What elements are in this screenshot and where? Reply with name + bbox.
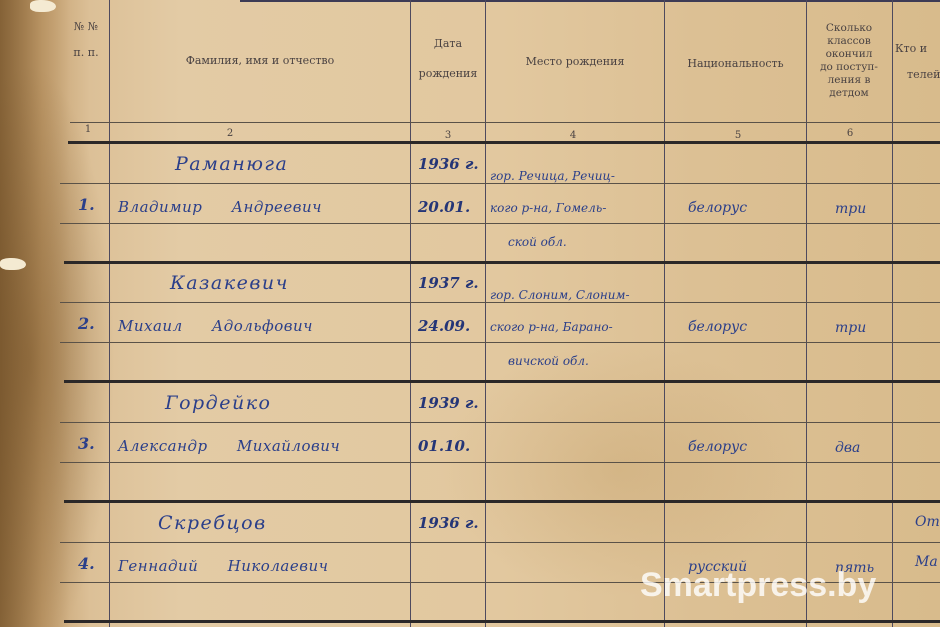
row-subline bbox=[60, 542, 940, 543]
record-birthplace-line: кого р-на, Гомель- bbox=[490, 201, 606, 215]
column-number: 4 bbox=[563, 130, 583, 141]
record-number: 2. bbox=[78, 314, 95, 333]
header-classes-line: до поступ- bbox=[806, 61, 892, 74]
row-subline bbox=[60, 183, 940, 184]
row-separator bbox=[64, 620, 940, 623]
record-birthplace-line: ского р-на, Барано- bbox=[490, 320, 613, 334]
col-divider bbox=[892, 0, 893, 627]
header-birthplace: Место рождения bbox=[486, 55, 664, 69]
record-classes: три bbox=[835, 320, 866, 336]
header-dob-line2: рождения bbox=[411, 67, 485, 81]
column-number: 1 bbox=[78, 124, 98, 135]
record-nationality: белорус bbox=[688, 200, 747, 216]
column-number: 5 bbox=[728, 130, 748, 141]
row-subline bbox=[60, 422, 940, 423]
header-who-line1: Кто и bbox=[895, 42, 940, 56]
record-who: Ма bbox=[915, 554, 938, 570]
header-nationality: Национальность bbox=[665, 57, 806, 71]
record-who: От bbox=[915, 514, 940, 530]
record-given-names: Александр Михайлович bbox=[118, 437, 340, 455]
record-birthplace-line: гор. Речица, Речиц- bbox=[490, 169, 615, 183]
header-no-line1: № № bbox=[64, 20, 108, 34]
record-birth-year: 1936 г. bbox=[418, 155, 479, 173]
top-edge-line bbox=[240, 0, 940, 2]
record-birthplace-line: ской обл. bbox=[508, 235, 567, 249]
col-divider bbox=[485, 0, 486, 627]
header-classes-line: ления в bbox=[806, 74, 892, 87]
column-number: 2 bbox=[220, 128, 240, 139]
col-divider bbox=[410, 0, 411, 627]
record-birth-date: 24.09. bbox=[418, 317, 470, 335]
header-thick-rule bbox=[68, 141, 940, 144]
record-surname: Казакевич bbox=[170, 272, 289, 294]
record-nationality: белорус bbox=[688, 319, 747, 335]
header-who: Кто и телей bbox=[895, 42, 940, 82]
record-number: 1. bbox=[78, 195, 95, 214]
header-name: Фамилия, имя и отчество bbox=[110, 54, 410, 68]
page-fold-shadow bbox=[0, 0, 70, 627]
column-number: 3 bbox=[438, 130, 458, 141]
row-subline bbox=[60, 342, 940, 343]
record-birth-year: 1936 г. bbox=[418, 514, 479, 532]
record-birthplace-line: вичской обл. bbox=[508, 354, 589, 368]
record-nationality: белорус bbox=[688, 439, 747, 455]
column-number: 6 bbox=[840, 128, 860, 139]
record-number: 3. bbox=[78, 434, 95, 453]
record-surname: Скребцов bbox=[158, 512, 267, 534]
record-classes: три bbox=[835, 201, 866, 217]
header-classes-line: классов bbox=[806, 35, 892, 48]
record-classes: два bbox=[835, 440, 860, 456]
record-given-names: Геннадий Николаевич bbox=[118, 557, 328, 575]
record-birth-date: 20.01. bbox=[418, 198, 470, 216]
col-divider bbox=[109, 0, 110, 627]
row-subline bbox=[60, 223, 940, 224]
record-given-names: Владимир Андреевич bbox=[118, 198, 322, 216]
record-birth-year: 1939 г. bbox=[418, 394, 479, 412]
col-divider bbox=[664, 0, 665, 627]
header-no-line2: п. п. bbox=[64, 46, 108, 60]
header-dob-line1: Дата bbox=[411, 37, 485, 51]
record-surname: Раманюга bbox=[175, 153, 288, 175]
row-separator bbox=[64, 500, 940, 503]
row-subline bbox=[60, 302, 940, 303]
header-no: № № п. п. bbox=[64, 20, 108, 60]
paper-tear bbox=[30, 0, 56, 12]
header-dob: Дата рождения bbox=[411, 37, 485, 81]
header-classes: Сколько классов окончил до поступ- ления… bbox=[806, 22, 892, 100]
paper-tear bbox=[0, 258, 26, 270]
record-birth-year: 1937 г. bbox=[418, 274, 479, 292]
record-given-names: Михаил Адольфович bbox=[118, 317, 313, 335]
header-who-line2: телей bbox=[895, 68, 940, 82]
row-separator bbox=[64, 380, 940, 383]
header-classes-line: детдом bbox=[806, 87, 892, 100]
record-surname: Гордейко bbox=[165, 392, 272, 414]
header-classes-line: окончил bbox=[806, 48, 892, 61]
watermark: Smartpress.by bbox=[640, 566, 876, 605]
header-classes-line: Сколько bbox=[806, 22, 892, 35]
row-separator bbox=[64, 261, 940, 264]
register-page: № № п. п. Фамилия, имя и отчество Дата р… bbox=[0, 0, 940, 627]
record-number: 4. bbox=[78, 554, 95, 573]
record-birthplace-line: гор. Слоним, Слоним- bbox=[490, 288, 630, 302]
row-subline bbox=[60, 462, 940, 463]
header-rule bbox=[70, 122, 940, 123]
record-birth-date: 01.10. bbox=[418, 437, 470, 455]
